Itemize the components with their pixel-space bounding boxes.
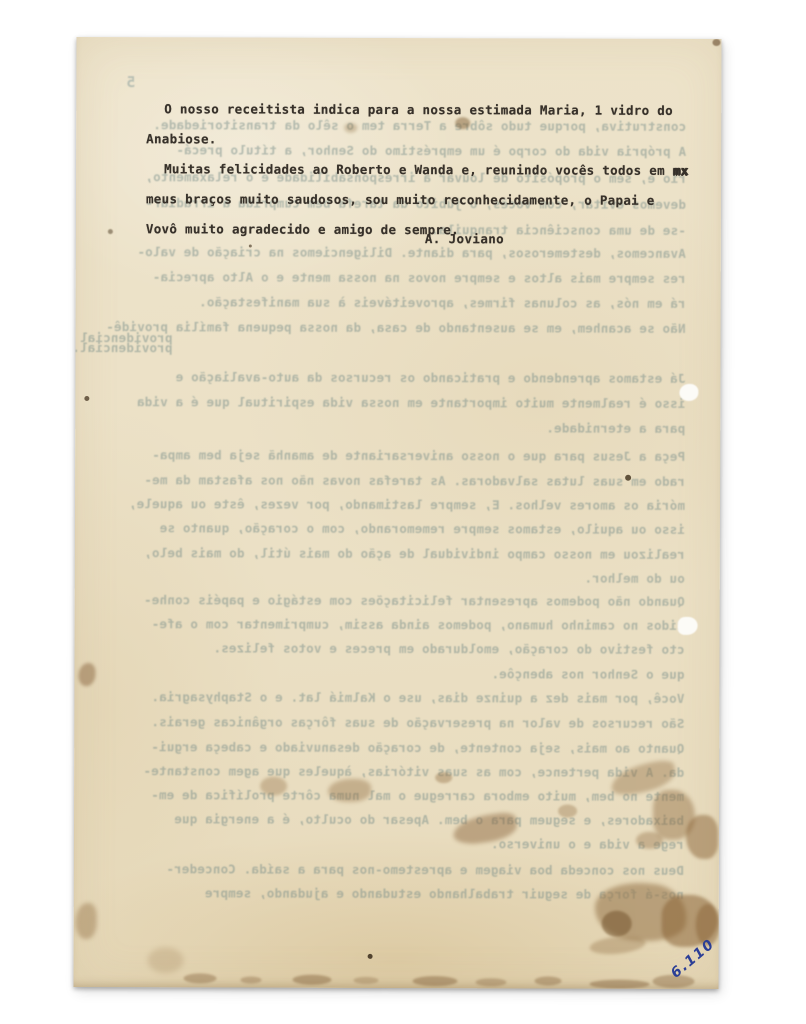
stain: [413, 976, 458, 986]
bleedthrough-line: Não se acanhem, em se ausentando de casa…: [106, 319, 685, 336]
letter-page: 5 construtiva, porque tudo sôbre a Terra…: [74, 37, 722, 989]
archival-number-handwritten: 6.110: [668, 928, 722, 981]
stain: [590, 980, 650, 989]
typed-letter-body: O nosso receitista indica para a nossa e…: [146, 94, 716, 246]
bleedthrough-line: São recursos de valor na preservação de …: [151, 714, 684, 731]
stain: [451, 811, 518, 846]
stain: [76, 903, 97, 939]
page-number-bleed: 5: [126, 73, 135, 91]
bleedthrough-line: para a eternidade.: [546, 420, 685, 435]
stain: [148, 947, 184, 973]
stain: [249, 245, 252, 248]
stain: [712, 39, 720, 46]
bleedthrough-line: Quanto ao mais, seja contente, de coraçã…: [151, 739, 684, 756]
bleedthrough-line: cto festivo do coração, emoldurado em pr…: [213, 640, 684, 656]
bleedthrough-line: Quando não podemos apresentar felicitaçõ…: [144, 592, 685, 609]
bleedthrough-line: isso ou aquilo, estamos sempre rememoran…: [160, 520, 685, 537]
stain: [686, 815, 718, 859]
bleedthrough-line: ou do melhor.: [584, 571, 684, 586]
bleedthrough-line: rado em suas lutas salvadoras. As tarefa…: [144, 472, 685, 489]
stain: [368, 954, 373, 959]
stain: [679, 384, 698, 401]
stain: [535, 976, 562, 985]
stain: [108, 229, 113, 234]
stain: [653, 790, 695, 840]
stain: [84, 396, 89, 401]
bleedthrough-line: providencial.: [74, 340, 173, 355]
stain: [558, 805, 577, 818]
bleedthrough-line: mória os amores velhos. E, sempre lastim…: [129, 496, 685, 513]
stain: [78, 663, 95, 686]
stain: [260, 777, 287, 796]
stain: [328, 779, 371, 802]
stain: [184, 973, 217, 983]
stain: [293, 975, 332, 985]
bleedthrough-line: da. A vida pertence, com as suas vitória…: [143, 763, 684, 780]
signature: A. Joviano: [425, 231, 504, 246]
bleedthrough-line: res sempre mais altos e sempre novos na …: [153, 269, 686, 286]
bleedthrough-line: providencial: [80, 330, 173, 345]
bleedthrough-line: Já estamos aprendendo e praticando os re…: [175, 369, 685, 386]
typed-line-1: O nosso receitista indica para a nossa e…: [146, 94, 716, 126]
bleedthrough-line: baixadores, e seguem para o bem. Apesar …: [174, 811, 684, 828]
bleedthrough-line: realizou em nosso campo individual de aç…: [144, 545, 685, 562]
stain: [678, 617, 698, 635]
stain: [636, 832, 663, 849]
strikeover-chars: mx: [673, 163, 689, 178]
typed-line-3: Muitas felicidades ao Roberto e Wanda e,…: [146, 154, 716, 186]
stain: [435, 772, 452, 783]
bleedthrough-line: rá em nós, as colunas firmes, aproveitáv…: [199, 294, 686, 311]
bleedthrough-line: cidos no caminho humano, podemos ainda a…: [152, 616, 685, 633]
typed-line-4: meus braços muito saudosos, sou muito re…: [146, 184, 716, 216]
bleedthrough-line: mente no bem, muito embora carregue o ma…: [151, 787, 684, 804]
stain: [608, 757, 679, 799]
stain: [589, 934, 646, 957]
bleedthrough-line: rege a vida e o universo.: [491, 836, 684, 852]
stain: [602, 911, 632, 937]
stains-layer: [76, 37, 721, 39]
bleedthrough-line: Você, por mais dez a quinze dias, use o …: [151, 689, 684, 706]
bleedthrough-line: Deus nos conceda boa viagem e aprestemo-…: [166, 861, 684, 878]
stain: [241, 977, 262, 984]
stain: [354, 977, 379, 984]
typed-line-2: Anabiose.: [146, 124, 716, 156]
stain: [592, 878, 690, 946]
stain: [476, 978, 507, 986]
bleedthrough-line: isso é realmente muito importante em nos…: [137, 394, 686, 411]
bleedthrough-line: Peça a Jesus para que o nosso aniversari…: [152, 447, 685, 464]
bleedthrough-line: Avancemos, destemerosos, para diante. Di…: [137, 244, 686, 261]
bleedthrough-line: nos-á força de seguir trabalhando estuda…: [205, 885, 684, 902]
bleedthrough-line: que o Senhor nos abençôe.: [491, 666, 684, 682]
stain: [625, 475, 631, 481]
typed-line-3-text: Muitas felicidades ao Roberto e Wanda e,…: [164, 161, 673, 178]
